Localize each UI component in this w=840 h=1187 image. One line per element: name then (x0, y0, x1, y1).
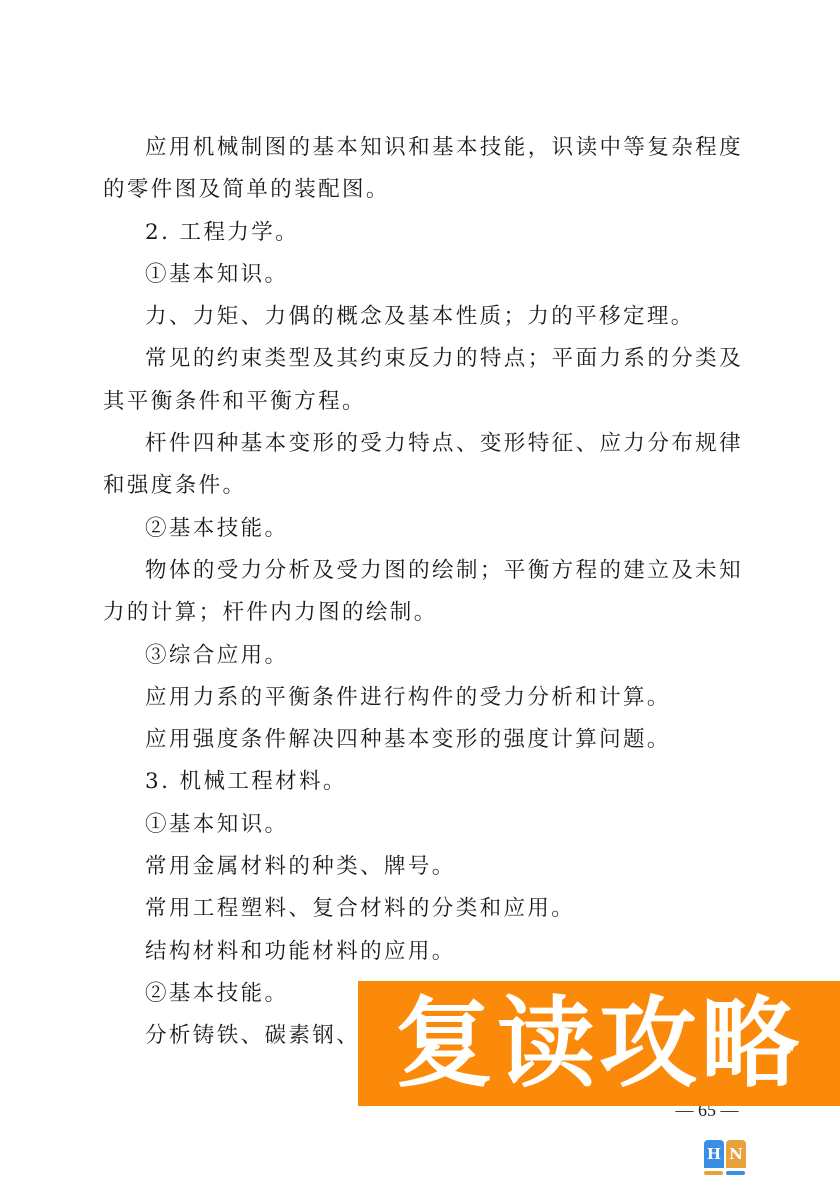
subsection-heading: ①基本知识。 (103, 254, 743, 296)
document-body: 应用机械制图的基本知识和基本技能，识读中等复杂程度的零件图及简单的装配图。 2.… (103, 127, 743, 1058)
logo-left-bar (704, 1171, 723, 1175)
hn-logo-icon: H N (703, 1140, 747, 1176)
paragraph: 应用机械制图的基本知识和基本技能，识读中等复杂程度的零件图及简单的装配图。 (103, 127, 743, 212)
paragraph: 力、力矩、力偶的概念及基本性质；力的平移定理。 (103, 296, 743, 338)
paragraph: 常见的约束类型及其约束反力的特点；平面力系的分类及其平衡条件和平衡方程。 (103, 338, 743, 423)
paragraph: 常用工程塑料、复合材料的分类和应用。 (103, 888, 743, 930)
logo-right-bar (726, 1171, 745, 1175)
section-heading: 2. 工程力学。 (103, 212, 743, 254)
paragraph: 物体的受力分析及受力图的绘制；平衡方程的建立及未知力的计算；杆件内力图的绘制。 (103, 550, 743, 635)
logo-right-book: N (726, 1140, 746, 1168)
logo-left-book: H (704, 1140, 724, 1168)
subsection-heading: ②基本技能。 (103, 508, 743, 550)
paragraph: 应用力系的平衡条件进行构件的受力分析和计算。 (103, 677, 743, 719)
paragraph: 杆件四种基本变形的受力特点、变形特征、应力分布规律和强度条件。 (103, 423, 743, 508)
section-heading: 3. 机械工程材料。 (103, 761, 743, 803)
subsection-heading: ③综合应用。 (103, 635, 743, 677)
watermark-banner: 复读攻略 (358, 981, 840, 1106)
paragraph: 应用强度条件解决四种基本变形的强度计算问题。 (103, 719, 743, 761)
paragraph: 常用金属材料的种类、牌号。 (103, 846, 743, 888)
subsection-heading: ①基本知识。 (103, 804, 743, 846)
paragraph: 结构材料和功能材料的应用。 (103, 931, 743, 973)
watermark-text: 复读攻略 (395, 995, 803, 1093)
